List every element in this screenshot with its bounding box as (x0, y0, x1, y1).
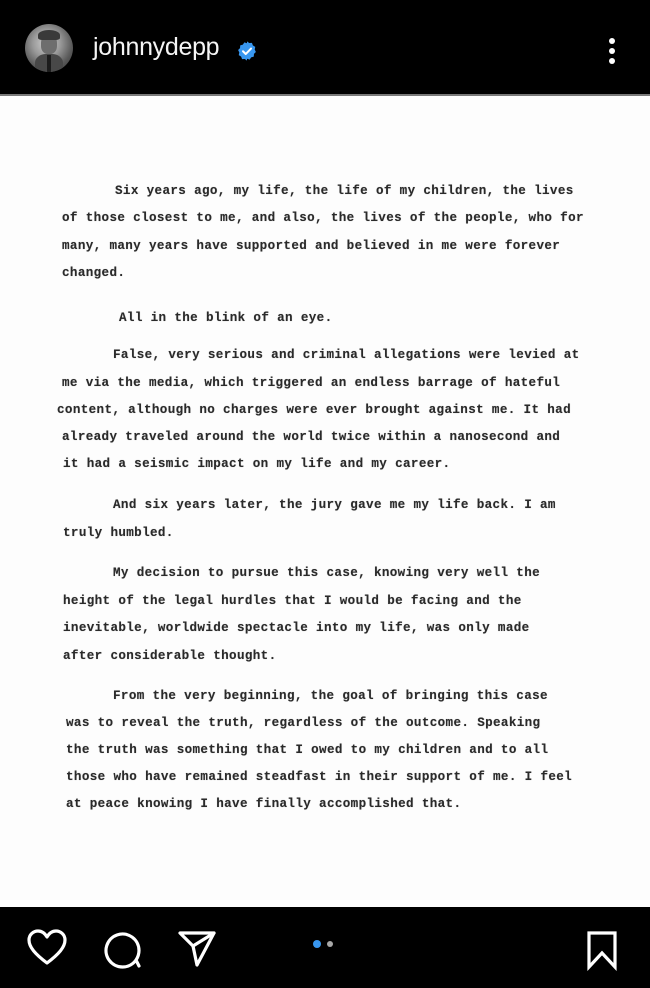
document-line: My decision to pursue this case, knowing… (113, 565, 540, 581)
carousel-dot-active (313, 940, 321, 948)
document-line: already traveled around the world twice … (62, 429, 560, 445)
typewritten-statement: Six years ago, my life, the life of my c… (0, 96, 650, 907)
carousel-indicator (313, 940, 343, 950)
document-line: inevitable, worldwide spectacle into my … (63, 620, 530, 636)
avatar-hair-shape (38, 30, 60, 40)
send-icon[interactable] (176, 927, 218, 969)
comment-icon[interactable] (101, 928, 143, 970)
document-line: was to reveal the truth, regardless of t… (66, 715, 540, 731)
document-line: truly humbled. (63, 525, 174, 541)
avatar[interactable] (25, 24, 73, 72)
document-line: after considerable thought. (63, 648, 277, 664)
document-line: me via the media, which triggered an end… (62, 375, 560, 391)
document-line: it had a seismic impact on my life and m… (63, 456, 450, 472)
document-line: content, although no charges were ever b… (57, 402, 571, 418)
document-line: those who have remained steadfast in the… (66, 769, 572, 785)
document-line: From the very beginning, the goal of bri… (113, 688, 548, 704)
more-options-button[interactable] (600, 34, 624, 68)
heart-icon[interactable] (26, 928, 68, 968)
document-line: of those closest to me, and also, the li… (62, 210, 584, 226)
document-line: the truth was something that I owed to m… (66, 742, 548, 758)
post-header: johnnydepp (0, 0, 650, 95)
document-line: many, many years have supported and beli… (62, 238, 560, 254)
document-line: All in the blink of an eye. (119, 310, 333, 326)
avatar-tie-shape (47, 55, 51, 72)
post-actions-bar (0, 907, 650, 988)
carousel-dot (327, 941, 333, 947)
document-line: height of the legal hurdles that I would… (63, 593, 522, 609)
document-line: And six years later, the jury gave me my… (113, 497, 556, 513)
more-vertical-icon (609, 38, 615, 44)
post-image[interactable]: Six years ago, my life, the life of my c… (0, 96, 650, 907)
document-line: Six years ago, my life, the life of my c… (115, 183, 574, 199)
document-line: False, very serious and criminal allegat… (113, 347, 580, 363)
username[interactable]: johnnydepp (93, 32, 219, 62)
bookmark-icon[interactable] (584, 929, 620, 971)
more-vertical-icon (609, 48, 615, 54)
document-line: changed. (62, 265, 125, 281)
more-vertical-icon (609, 58, 615, 64)
verified-badge-icon (236, 40, 258, 62)
document-line: at peace knowing I have finally accompli… (66, 796, 461, 812)
